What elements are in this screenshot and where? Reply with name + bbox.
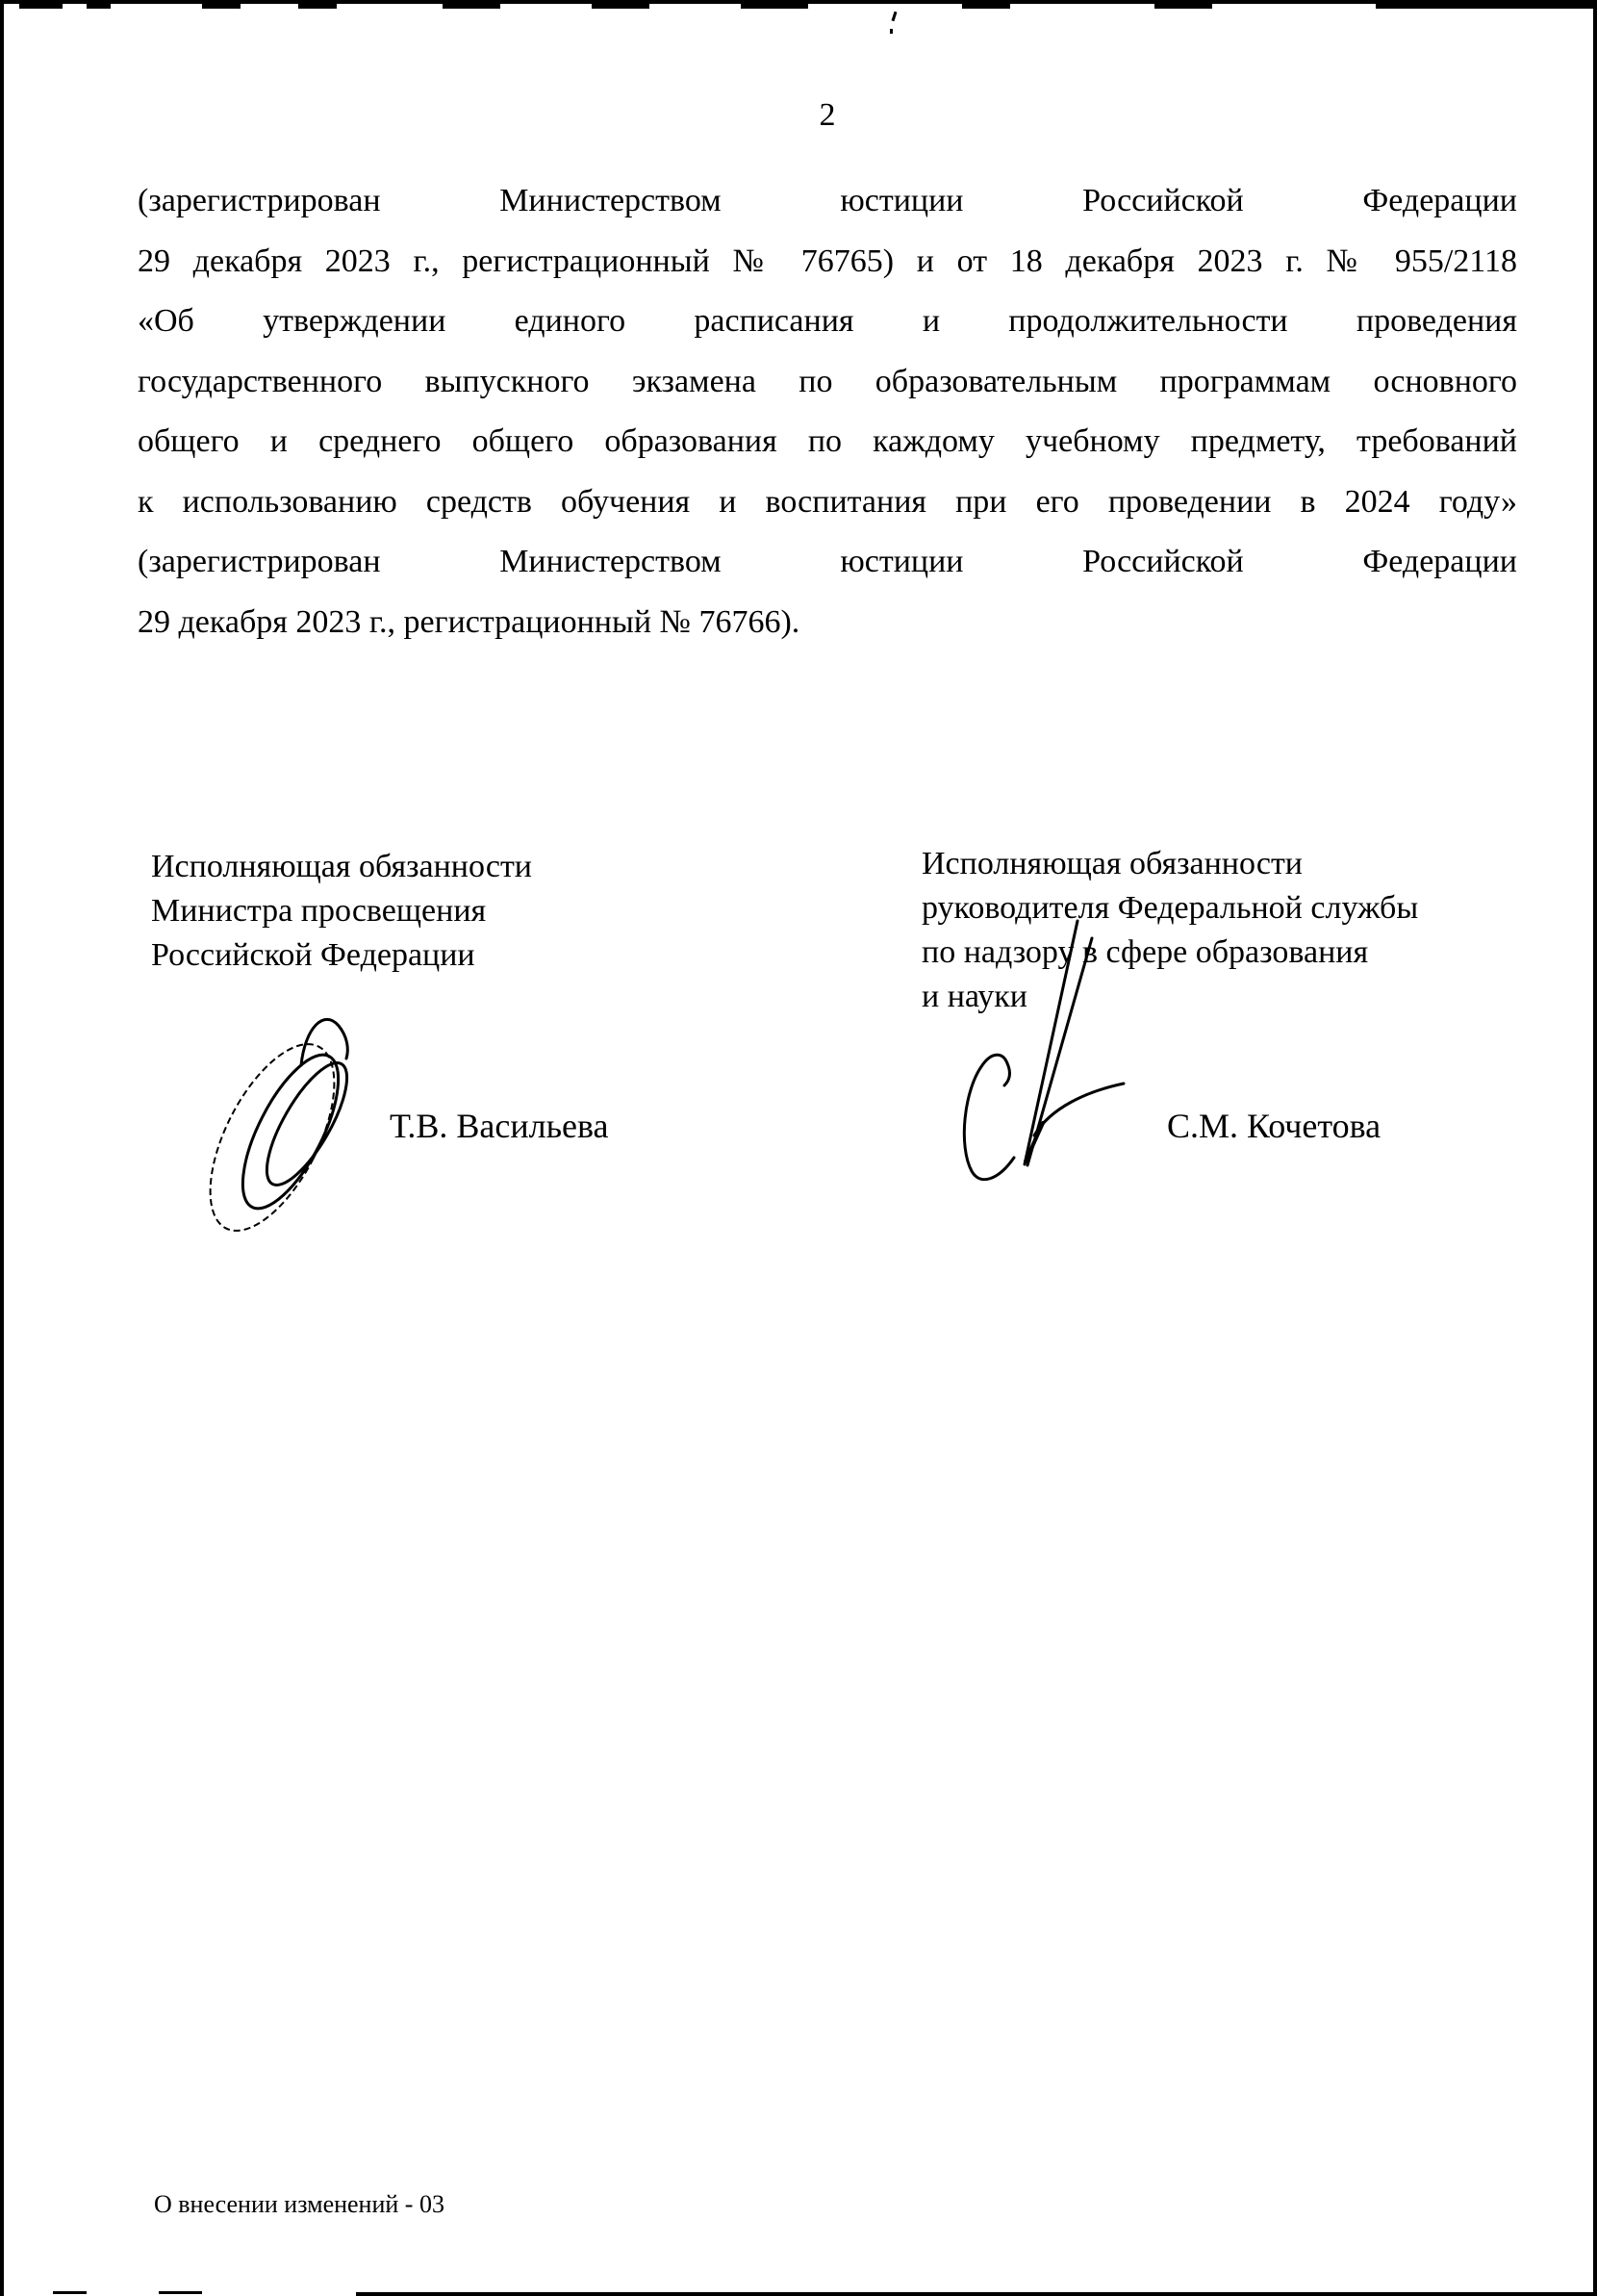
paragraph-line: 29 декабря 2023 г., регистрационный № 76… xyxy=(138,593,1517,653)
scan-noise xyxy=(53,2291,87,2294)
page-number: 2 xyxy=(138,99,1517,132)
scan-noise xyxy=(1376,0,1597,9)
scan-speck xyxy=(892,12,898,21)
footer-note: О внесении изменений - 03 xyxy=(154,2190,444,2219)
scan-noise xyxy=(159,2291,202,2294)
kochetova-signature xyxy=(943,909,1145,1193)
signatory-left-title-line: Министра просвещения xyxy=(151,889,532,933)
paragraph-line: 29 декабря 2023 г., регистрационный № 76… xyxy=(138,232,1517,293)
signatory-left-title-line: Исполняющая обязанности xyxy=(151,845,532,889)
signatory-left-title-line: Российской Федерации xyxy=(151,933,532,978)
paragraph-line: к использованию средств обучения и воспи… xyxy=(138,472,1517,533)
paragraph-line: «Об утверждении единого расписания и про… xyxy=(138,292,1517,352)
document-page: { "page": { "number": "2", "paragraph_li… xyxy=(0,0,1597,2296)
signatory-right-title-line: Исполняющая обязанности xyxy=(922,842,1418,886)
signatory-right-name: С.М. Кочетова xyxy=(1167,1107,1381,1145)
scan-noise xyxy=(298,0,337,9)
paragraph-line: государственного выпускного экзамена по … xyxy=(138,352,1517,413)
scan-noise xyxy=(1154,0,1212,9)
paragraph-line: (зарегистрирован Министерством юстиции Р… xyxy=(138,171,1517,232)
scan-noise xyxy=(87,0,111,9)
scan-noise xyxy=(443,0,500,9)
scan-noise xyxy=(19,0,63,9)
paragraph-line: общего и среднего общего образования по … xyxy=(138,412,1517,472)
scan-edge-right xyxy=(1593,0,1597,2296)
scan-edge-left xyxy=(0,0,4,2296)
vasilyeva-signature xyxy=(197,1001,380,1256)
scan-noise xyxy=(741,0,808,9)
scan-noise xyxy=(202,0,241,9)
signatory-left-name: Т.В. Васильева xyxy=(390,1107,609,1145)
body-paragraph: (зарегистрирован Министерством юстиции Р… xyxy=(138,171,1517,652)
signatory-left-title: Исполняющая обязанности Министра просвещ… xyxy=(151,845,532,978)
scan-noise xyxy=(962,0,1010,9)
scan-noise xyxy=(592,0,649,9)
scan-edge-bottom xyxy=(356,2292,1597,2296)
paragraph-line: (зарегистрирован Министерством юстиции Р… xyxy=(138,532,1517,593)
scan-speck xyxy=(890,29,893,34)
